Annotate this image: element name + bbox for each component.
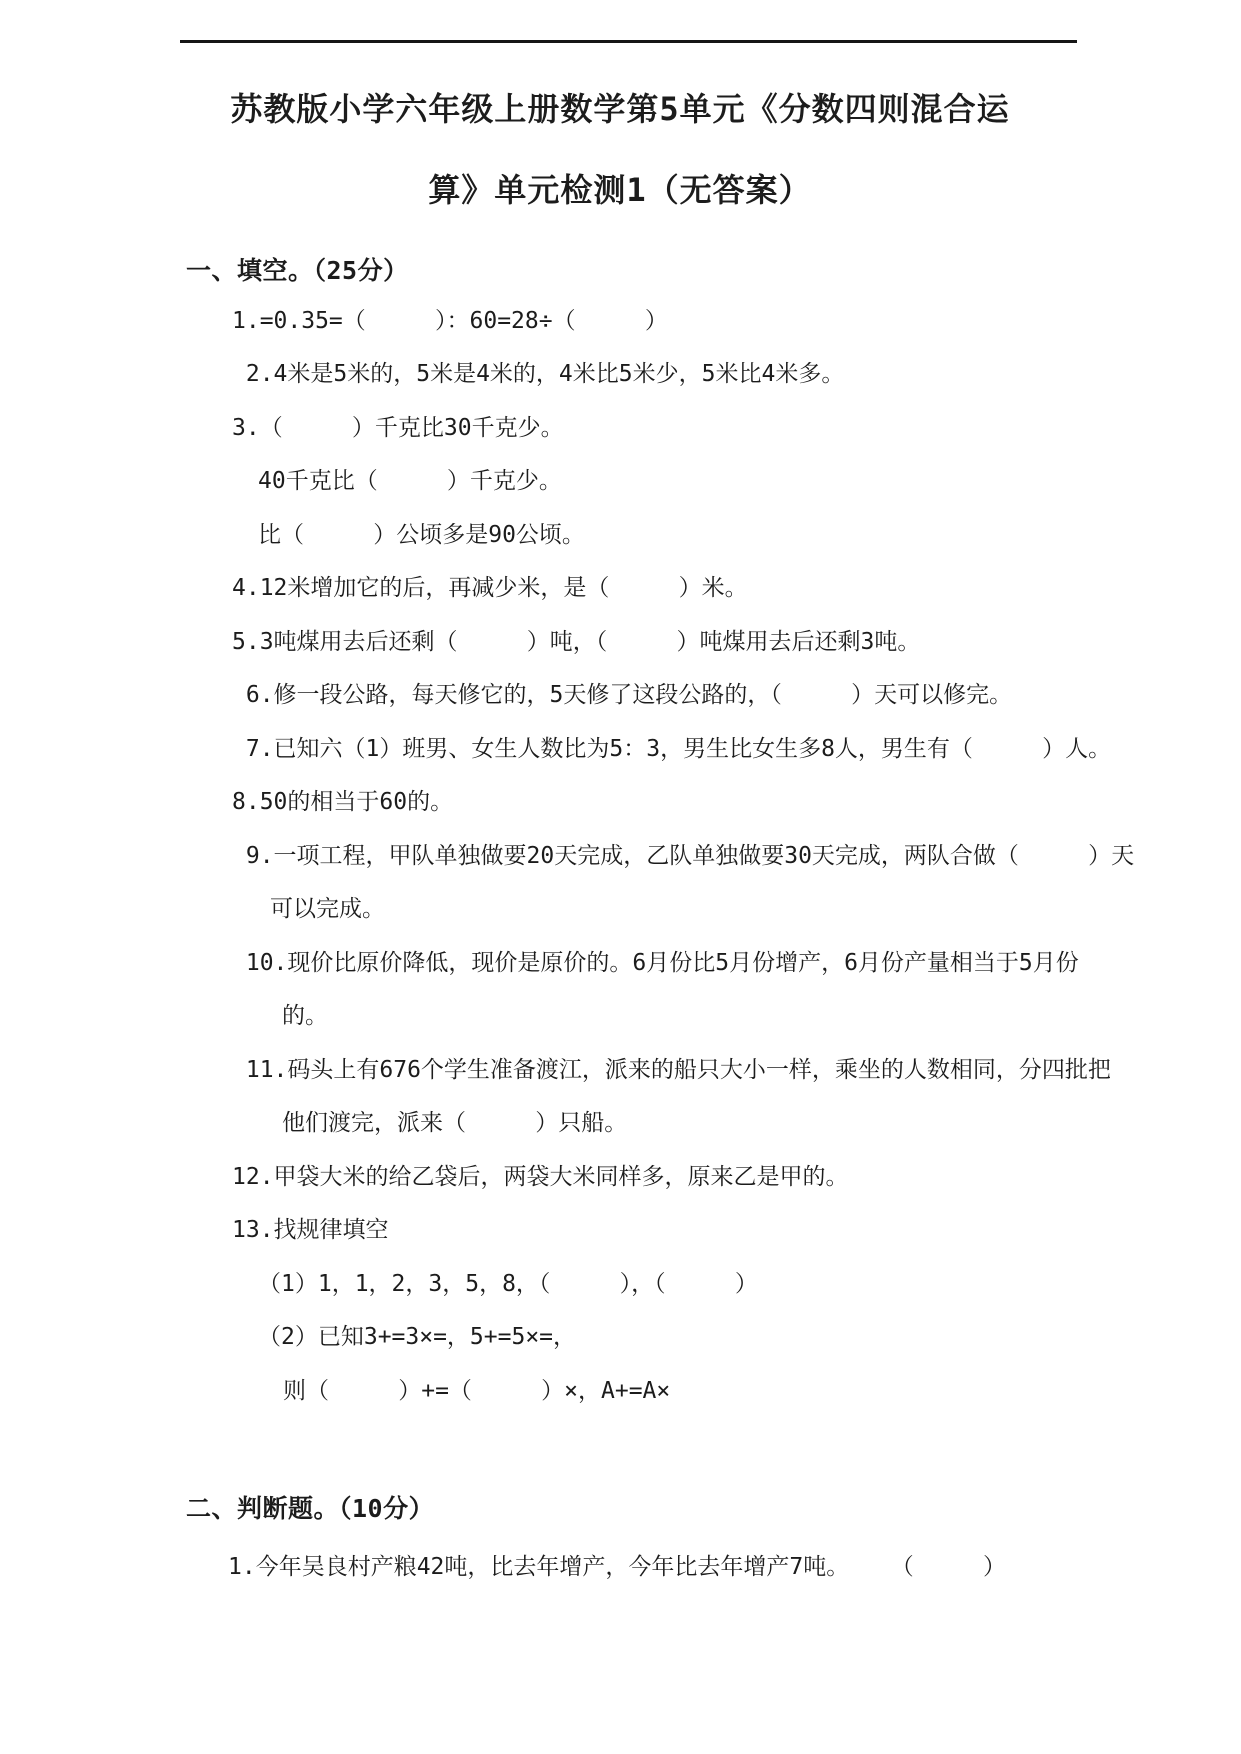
- s2-q1: 1.今年吴良村产粮42吨，比去年增产，今年比去年增产7吨。 （ ）: [228, 1554, 1006, 1580]
- s1-q9: 9.一项工程，甲队单独做要20天完成，乙队单独做要30天完成，两队合做（ ）天: [232, 843, 1134, 869]
- s1-q12: 12.甲袋大米的给乙袋后，两袋大米同样多，原来乙是甲的。: [232, 1164, 849, 1190]
- s1-q3: 3.（ ）千克比30千克少。: [232, 415, 564, 441]
- s1-q6: 6.修一段公路，每天修它的，5天修了这段公路的，（ ）天可以修完。: [232, 682, 1012, 708]
- s1-q9-cont: 可以完成。: [270, 896, 385, 922]
- s1-q10-cont: 的。: [282, 1003, 328, 1029]
- worksheet-page: 苏教版小学六年级上册数学第5单元《分数四则混合运 算》单元检测1（无答案） 一、…: [0, 0, 1241, 1754]
- s1-q3-cont-2: 比（ ）公顷多是90公顷。: [258, 522, 585, 548]
- s1-q1: 1.=0.35=（ ）：60=28÷（ ）: [232, 308, 668, 334]
- section1-heading: 一、填空。（25分）: [186, 251, 409, 287]
- s1-q11-cont: 他们渡完，派来（ ）只船。: [282, 1110, 627, 1136]
- s1-q2: 2.4米是5米的，5米是4米的，4米比5米少，5米比4米多。: [232, 361, 844, 387]
- s1-q13-sub-2-cont: 则（ ）+=（ ）×，A+=A×: [283, 1378, 670, 1404]
- s1-q7: 7.已知六（1）班男、女生人数比为5：3，男生比女生多8人，男生有（ ）人。: [232, 736, 1111, 762]
- s1-q4: 4.12米增加它的后，再减少米，是（ ）米。: [232, 575, 748, 601]
- s1-q8: 8.50的相当于60的。: [232, 789, 453, 815]
- s1-q3-cont-1: 40千克比（ ）千克少。: [258, 468, 562, 494]
- s1-q5: 5.3吨煤用去后还剩（ ）吨，（ ）吨煤用去后还剩3吨。: [232, 629, 920, 655]
- s1-q13-sub-1: （1）1，1，2，3，5，8，（ ），（ ）: [258, 1271, 758, 1297]
- page-title-line-1: 苏教版小学六年级上册数学第5单元《分数四则混合运: [160, 84, 1080, 130]
- page-title-line-2: 算》单元检测1（无答案）: [160, 165, 1080, 211]
- s1-q11: 11.码头上有676个学生准备渡江，派来的船只大小一样，乘坐的人数相同，分四批把: [232, 1057, 1111, 1083]
- s1-q10: 10.现价比原价降低，现价是原价的。6月份比5月份增产，6月份产量相当于5月份: [232, 950, 1079, 976]
- s1-q13-sub-2: （2）已知3+=3×=，5+=5×=，: [258, 1324, 576, 1350]
- s1-q13: 13.找规律填空: [232, 1217, 389, 1243]
- section2-heading: 二、判断题。（10分）: [186, 1489, 434, 1525]
- header-rule: [180, 40, 1077, 43]
